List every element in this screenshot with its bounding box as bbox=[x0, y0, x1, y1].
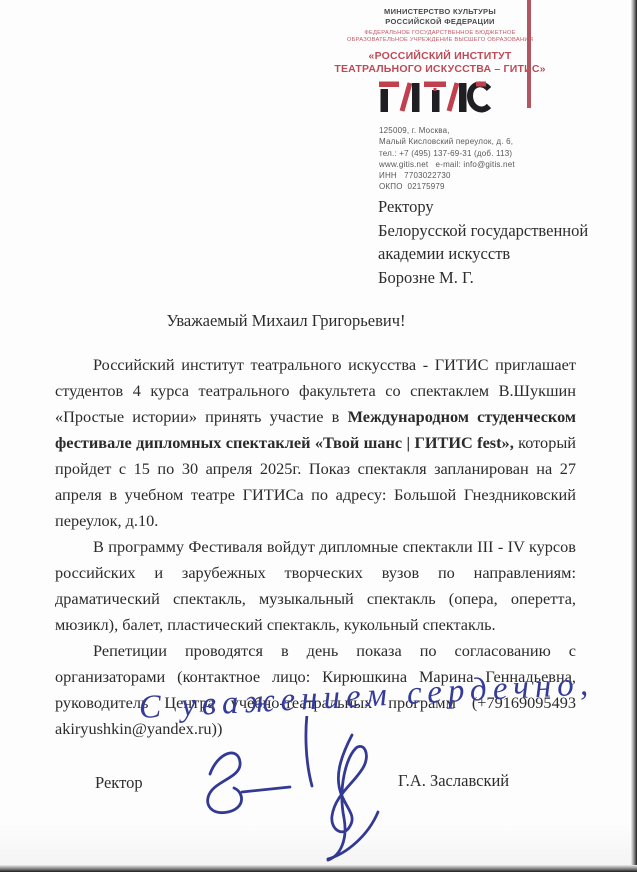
scan-edge-right bbox=[631, 0, 637, 872]
ministry-line-2: РОССИЙСКОЙ ФЕДЕРАЦИИ bbox=[320, 17, 560, 27]
letterhead: МИНИСТЕРСТВО КУЛЬТУРЫ РОССИЙСКОЙ ФЕДЕРАЦ… bbox=[320, 7, 560, 75]
contact-web-email: www.gitis.net e-mail: info@gitis.net bbox=[379, 159, 515, 170]
contact-address-line-1: 125009, г. Москва, bbox=[379, 125, 515, 136]
gitis-logo-icon: ГИТИС bbox=[377, 81, 508, 113]
paragraph-invitation: Российский институт театрального искусст… bbox=[55, 352, 576, 534]
addressee-title: Ректору bbox=[378, 195, 588, 219]
signoff-position: Ректор bbox=[95, 773, 143, 793]
contact-okpo: ОКПО 02175979 bbox=[379, 181, 515, 192]
institute-name-line-1: «РОССИЙСКИЙ ИНСТИТУТ bbox=[320, 50, 560, 63]
org-type-line-2: ОБРАЗОВАТЕЛЬНОЕ УЧРЕЖДЕНИЕ ВЫСШЕГО ОБРАЗ… bbox=[320, 37, 560, 44]
addressee-org-line-2: академии искусств bbox=[378, 242, 588, 266]
addressee-block: Ректору Белорусской государственной акад… bbox=[378, 195, 588, 289]
scan-shadow bbox=[0, 823, 637, 865]
contact-address-line-2: Малый Кисловский переулок, д. 6, bbox=[379, 136, 515, 147]
addressee-org-line-1: Белорусской государственной bbox=[378, 219, 588, 243]
addressee-person: Борозне М. Г. bbox=[378, 266, 588, 290]
org-type-line-1: ФЕДЕРАЛЬНОЕ ГОСУДАРСТВЕННОЕ БЮДЖЕТНОЕ bbox=[320, 30, 560, 37]
salutation: Уважаемый Михаил Григорьевич! bbox=[55, 311, 517, 331]
contact-block: 125009, г. Москва, Малый Кисловский пере… bbox=[379, 125, 515, 193]
signoff-name: Г.А. Заславский bbox=[398, 771, 509, 791]
ministry-line-1: МИНИСТЕРСТВО КУЛЬТУРЫ bbox=[320, 7, 560, 17]
contact-phone: тел.: +7 (495) 137-69-31 (доб. 113) bbox=[379, 148, 515, 159]
letterhead-red-rule bbox=[527, 0, 531, 108]
letter-page: МИНИСТЕРСТВО КУЛЬТУРЫ РОССИЙСКОЙ ФЕДЕРАЦ… bbox=[0, 0, 637, 872]
contact-inn: ИНН 7703022730 bbox=[379, 170, 515, 181]
scan-edge-bottom bbox=[0, 865, 637, 872]
paragraph-program: В программу Фестиваля войдут дипломные с… bbox=[55, 534, 576, 638]
institute-name-line-2: ТЕАТРАЛЬНОГО ИСКУССТВА – ГИТИС» bbox=[320, 63, 560, 76]
